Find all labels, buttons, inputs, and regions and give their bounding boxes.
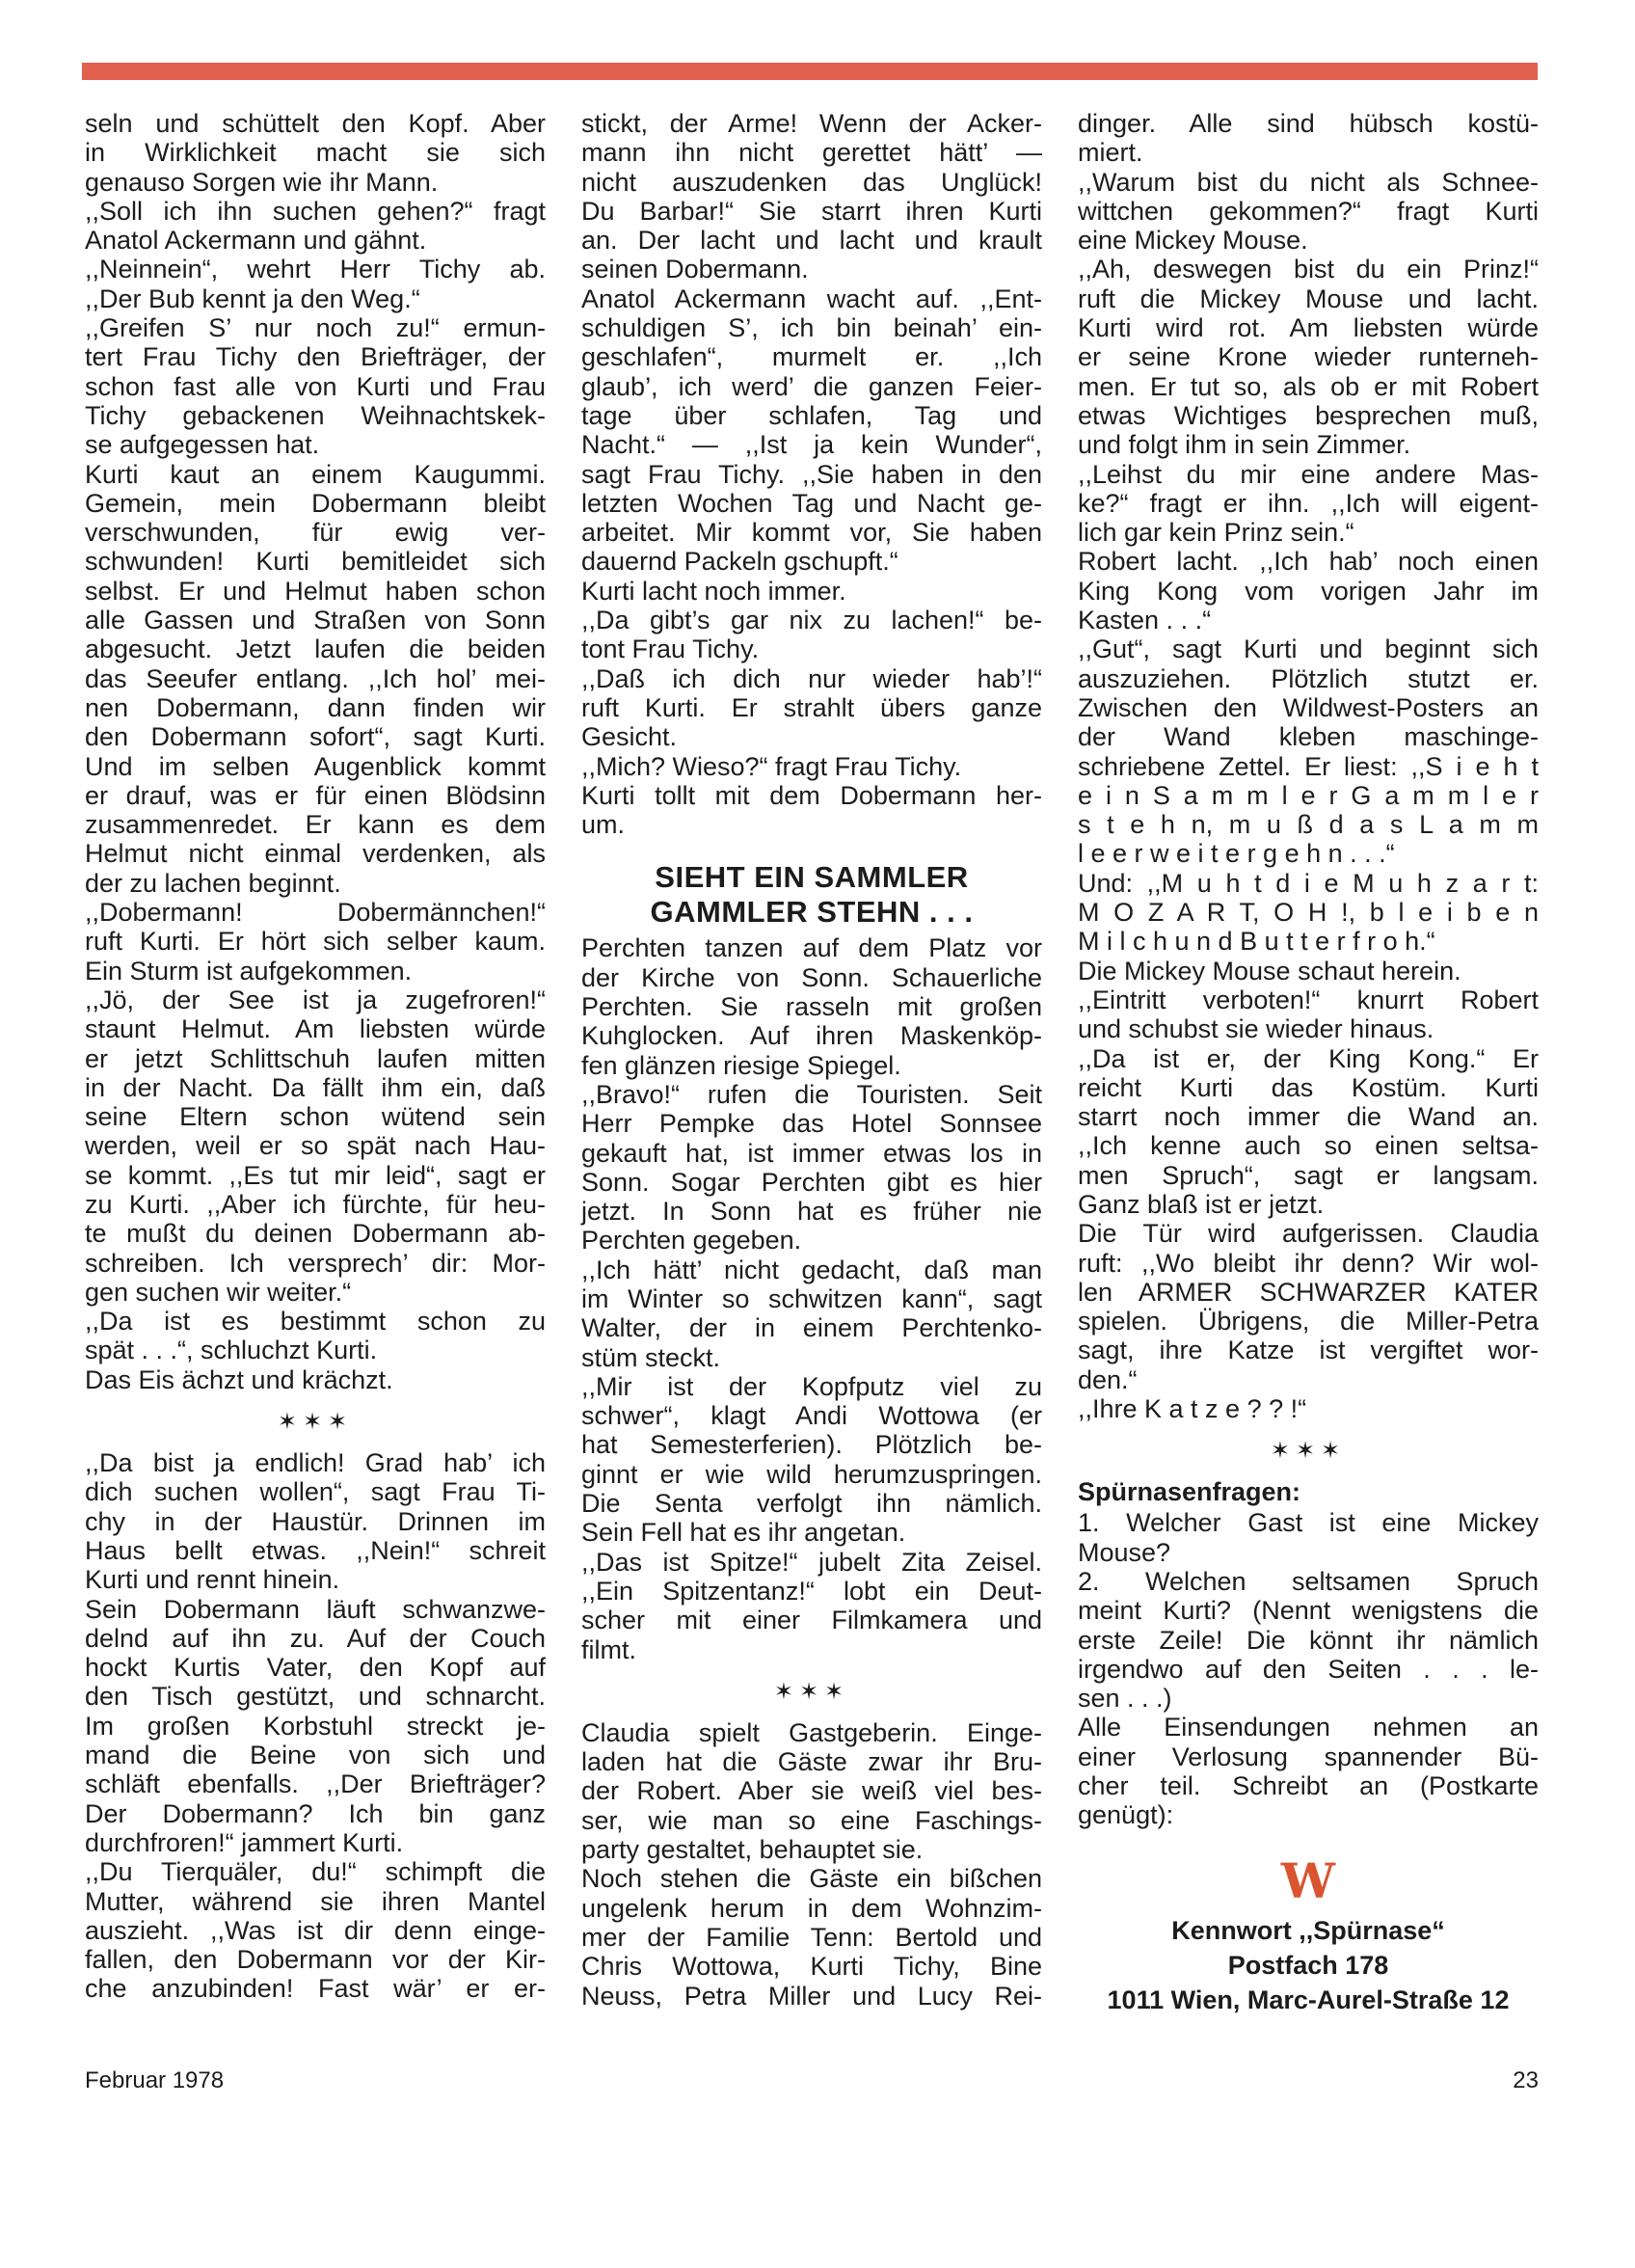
paragraph: Kurti tollt mit dem Dobermann her-um.	[581, 781, 1042, 840]
paragraph: Die Tür wird aufgerissen. Claudiaruft: ,…	[1078, 1219, 1539, 1394]
text-line: ,,Ich kenne auch so einen seltsa-	[1078, 1131, 1539, 1160]
text-line: ruft: ,,Wo bleibt ihr denn? Wir wol-	[1078, 1249, 1539, 1278]
text-line: 1. Welcher Gast ist eine Mickey	[1078, 1508, 1539, 1537]
paragraph: ,,Gut“, sagt Kurti und beginnt sichauszu…	[1078, 634, 1539, 868]
paragraph: Perchten tanzen auf dem Platz vorder Kir…	[581, 933, 1042, 1079]
text-line: ser, wie man so eine Faschings-	[581, 1806, 1042, 1835]
paragraph: ,,Leihst du mir eine andere Mas-ke?“ fra…	[1078, 460, 1539, 548]
text-line: Noch stehen die Gäste ein bißchen	[581, 1864, 1042, 1893]
text-line: irgendwo auf den Seiten . . . le-	[1078, 1655, 1539, 1684]
text-line: spät . . .“, schluchzt Kurti.	[85, 1336, 546, 1364]
text-line: men. Er tut so, als ob er mit Robert	[1078, 372, 1539, 401]
text-line: Anatol Ackermann wacht auf. ,,Ent-	[581, 284, 1042, 313]
text-line: cher teil. Schreibt an (Postkarte	[1078, 1771, 1539, 1800]
text-line: ,,Ihre K a t z e ? ? !“	[1078, 1394, 1539, 1423]
text-line: te mußt du deinen Dobermann ab-	[85, 1219, 546, 1248]
paragraph: stickt, der Arme! Wenn der Acker-mann ih…	[581, 109, 1042, 284]
text-line: eine Mickey Mouse.	[1078, 226, 1539, 255]
publisher-logo-icon: W	[1078, 1855, 1539, 1907]
text-line: se kommt. ,,Es tut mir leid“, sagt er	[85, 1161, 546, 1190]
text-line: len ARMER SCHWARZER KATER	[1078, 1278, 1539, 1307]
section-divider-stars: ✶✶✶	[85, 1408, 546, 1437]
text-line: filmt.	[581, 1635, 1042, 1664]
text-line: auszieht. ,,Was ist dir denn einge-	[85, 1916, 546, 1945]
text-line: ,,Der Bub kennt ja den Weg.“	[85, 284, 546, 313]
text-line: schläft ebenfalls. ,,Der Briefträger?	[85, 1769, 546, 1798]
text-line: ginnt er wie wild herumzuspringen.	[581, 1460, 1042, 1489]
paragraph: 2. Welchen seltsamen Spruchmeint Kurti? …	[1078, 1567, 1539, 1713]
text-line: ,,Jö, der See ist ja zugefroren!“	[85, 985, 546, 1014]
text-line: Der Dobermann? Ich bin ganz	[85, 1799, 546, 1828]
text-line: stickt, der Arme! Wenn der Acker-	[581, 109, 1042, 138]
paragraph: Die Mickey Mouse schaut herein.	[1078, 957, 1539, 985]
text-line: ,,Du Tierquäler, du!“ schimpft die	[85, 1857, 546, 1886]
paragraph: ,,Warum bist du nicht als Schnee-wittche…	[1078, 168, 1539, 256]
text-line: mann ihn nicht gerettet hätt’ —	[581, 138, 1042, 167]
text-line: Perchten. Sie rasseln mit großen	[581, 992, 1042, 1021]
text-line: jetzt. In Sonn hat es früher nie	[581, 1197, 1042, 1226]
paragraph: ,,Ah, deswegen bist du ein Prinz!“ruft d…	[1078, 255, 1539, 459]
text-line: ,,Mich? Wieso?“ fragt Frau Tichy.	[581, 752, 1042, 781]
text-line: Walter, der in einem Perchtenko-	[581, 1313, 1042, 1342]
text-line: selbst. Er und Helmut haben schon	[85, 577, 546, 606]
paragraph: ,,Neinnein“, wehrt Herr Tichy ab.,,Der B…	[85, 255, 546, 313]
column-3: dinger. Alle sind hübsch kostü-miert.,,W…	[1078, 109, 1539, 2017]
text-line: ,,Da ist er, der King Kong.“ Er	[1078, 1044, 1539, 1073]
paragraph: ,,Das ist Spitze!“ jubelt Zita Zeisel.,,…	[581, 1548, 1042, 1664]
text-line: Die Senta verfolgt ihn nämlich.	[581, 1489, 1042, 1518]
text-line: den Tisch gestützt, und schnarcht.	[85, 1682, 546, 1711]
text-line: Das Eis ächzt und krächzt.	[85, 1365, 546, 1394]
text-line: Und im selben Augenblick kommt	[85, 752, 546, 781]
text-line: auszuziehen. Plötzlich stutzt er.	[1078, 664, 1539, 693]
text-line: etwas Wichtiges besprechen muß,	[1078, 401, 1539, 430]
text-line: ,,Bravo!“ rufen die Touristen. Seit	[581, 1080, 1042, 1109]
text-line: ,,Eintritt verboten!“ knurrt Robert	[1078, 985, 1539, 1014]
text-line: lich gar kein Prinz sein.“	[1078, 518, 1539, 547]
text-line: der Kirche von Sonn. Schauerliche	[581, 963, 1042, 992]
text-line: der zu lachen beginnt.	[85, 869, 546, 898]
text-line: schreiben. Ich versprech’ dir: Mor-	[85, 1249, 546, 1278]
text-line: sagt Frau Tichy. ,,Sie haben in den	[581, 460, 1042, 489]
text-line: scher mit einer Filmkamera und	[581, 1606, 1042, 1634]
text-line: tert Frau Tichy den Briefträger, der	[85, 342, 546, 371]
text-line: in der Nacht. Da fällt ihm ein, daß	[85, 1073, 546, 1102]
text-line: ,,Da bist ja endlich! Grad hab’ ich	[85, 1448, 546, 1477]
text-line: party gestaltet, behauptet sie.	[581, 1835, 1042, 1864]
paragraph: ,,Du Tierquäler, du!“ schimpft dieMutter…	[85, 1857, 546, 2003]
text-line: fen glänzen riesige Spiegel.	[581, 1051, 1042, 1080]
text-line: er drauf, was er für einen Blödsinn	[85, 781, 546, 810]
paragraph: Robert lacht. ,,Ich hab’ noch einenKing …	[1078, 547, 1539, 634]
text-line: Die Mickey Mouse schaut herein.	[1078, 957, 1539, 985]
text-line: delnd auf ihn zu. Auf der Couch	[85, 1624, 546, 1653]
paragraph: Kurti lacht noch immer.	[581, 577, 1042, 606]
text-line: und schubst sie wieder hinaus.	[1078, 1014, 1539, 1043]
text-line: tont Frau Tichy.	[581, 634, 1042, 663]
text-line: Kurti kaut an einem Kaugummi.	[85, 460, 546, 489]
text-line: ,,Leihst du mir eine andere Mas-	[1078, 460, 1539, 489]
text-line: l e e r w e i t e r g e h n . . .“	[1078, 839, 1539, 868]
heading-line: GAMMLER STEHN . . .	[581, 895, 1042, 930]
text-line: staunt Helmut. Am liebsten würde	[85, 1014, 546, 1043]
text-line: Mutter, während sie ihren Mantel	[85, 1887, 546, 1916]
text-line: das Seeufer entlang. ,,Ich hol’ mei-	[85, 664, 546, 693]
text-line: reicht Kurti das Kostüm. Kurti	[1078, 1073, 1539, 1102]
heading-line: SIEHT EIN SAMMLER	[581, 860, 1042, 895]
text-line: ruft Kurti. Er strahlt übers ganze	[581, 693, 1042, 722]
text-line: mer der Familie Tenn: Bertold und	[581, 1923, 1042, 1952]
text-line: meint Kurti? (Nennt wenigstens die	[1078, 1596, 1539, 1625]
text-line: arbeitet. Mir kommt vor, Sie haben	[581, 518, 1042, 547]
text-line: ,,Dobermann! Dobermännchen!“	[85, 898, 546, 927]
text-line: ,,Da ist es bestimmt schon zu	[85, 1307, 546, 1336]
text-line: und folgt ihm in sein Zimmer.	[1078, 430, 1539, 459]
text-line: starrt noch immer die Wand an.	[1078, 1102, 1539, 1131]
paragraph: ,,Ich hätt’ nicht gedacht, daß manim Win…	[581, 1255, 1042, 1372]
text-line: wittchen gekommen?“ fragt Kurti	[1078, 197, 1539, 226]
text-line: Perchten gegeben.	[581, 1226, 1042, 1255]
text-line: abgesucht. Jetzt laufen die beiden	[85, 634, 546, 663]
section-divider-stars: ✶✶✶	[581, 1678, 1042, 1707]
paragraph: Claudia spielt Gastgeberin. Einge-laden …	[581, 1718, 1042, 1864]
text-line: durchfroren!“ jammert Kurti.	[85, 1828, 546, 1857]
text-line: schwer“, klagt Andi Wottowa (er	[581, 1401, 1042, 1430]
text-line: Du Barbar!“ Sie starrt ihren Kurti	[581, 197, 1042, 226]
paragraph: Sein Dobermann läuft schwanzwe-delnd auf…	[85, 1595, 546, 1858]
top-accent-bar	[82, 63, 1538, 80]
text-line: gen suchen wir weiter.“	[85, 1278, 546, 1307]
text-line: hockt Kurtis Vater, den Kopf auf	[85, 1653, 546, 1682]
text-line: Sein Fell hat es ihr angetan.	[581, 1518, 1042, 1547]
text-line: er jetzt Schlittschuh laufen mitten	[85, 1044, 546, 1073]
text-line: s t e h n, m u ß d a s L a m m	[1078, 810, 1539, 839]
text-line: genügt):	[1078, 1800, 1539, 1829]
paragraph: ,,Eintritt verboten!“ knurrt Robertund s…	[1078, 985, 1539, 1044]
text-line: schriebene Zettel. Er liest: ,,S i e h t	[1078, 752, 1539, 781]
text-line: letzten Wochen Tag und Nacht ge-	[581, 489, 1042, 518]
text-line: laden hat die Gäste zwar ihr Bru-	[581, 1747, 1042, 1776]
text-line: che anzubinden! Fast wär’ er er-	[85, 1974, 546, 2003]
text-line: Sonn. Sogar Perchten gibt es hier	[581, 1168, 1042, 1197]
address-line: Kennwort ,,Spürnase“	[1078, 1913, 1539, 1948]
text-line: King Kong vom vorigen Jahr im	[1078, 577, 1539, 606]
paragraph: ,,Bravo!“ rufen die Touristen. SeitHerr …	[581, 1080, 1042, 1255]
text-line: ,,Ein Spitzentanz!“ lobt ein Deut-	[581, 1577, 1042, 1606]
text-line: fallen, den Dobermann vor der Kir-	[85, 1945, 546, 1974]
text-line: Ein Sturm ist aufgekommen.	[85, 957, 546, 985]
text-line: Claudia spielt Gastgeberin. Einge-	[581, 1718, 1042, 1747]
paragraph: 1. Welcher Gast ist eine MickeyMouse?	[1078, 1508, 1539, 1567]
paragraph: ,,Greifen S’ nur noch zu!“ ermun-tert Fr…	[85, 313, 546, 459]
text-line: M i l c h u n d B u t t e r f r o h.“	[1078, 927, 1539, 956]
text-line: genauso Sorgen wie ihr Mann.	[85, 168, 546, 197]
text-line: ,,Gut“, sagt Kurti und beginnt sich	[1078, 634, 1539, 663]
text-line: stüm steckt.	[581, 1343, 1042, 1372]
text-line: Perchten tanzen auf dem Platz vor	[581, 933, 1042, 962]
paragraph: ,,Dobermann! Dobermännchen!“ruft Kurti. …	[85, 898, 546, 985]
text-line: einer Verlosung spannender Bü-	[1078, 1742, 1539, 1771]
text-line: ,,Das ist Spitze!“ jubelt Zita Zeisel.	[581, 1548, 1042, 1577]
paragraph: ,,Ihre K a t z e ? ? !“	[1078, 1394, 1539, 1423]
text-line: seine Eltern schon wütend sein	[85, 1102, 546, 1131]
text-line: der Robert. Aber sie weiß viel bes-	[581, 1776, 1042, 1805]
text-line: Die Tür wird aufgerissen. Claudia	[1078, 1219, 1539, 1248]
text-line: zusammenredet. Er kann es dem	[85, 810, 546, 839]
paragraph: seln und schüttelt den Kopf. Aberin Wirk…	[85, 109, 546, 197]
paragraph: Und: ,,M u h t d i e M u h z a r t:M O Z…	[1078, 869, 1539, 957]
text-line: um.	[581, 810, 1042, 839]
address-line: Postfach 178	[1078, 1948, 1539, 1983]
quiz-heading: Spürnasenfragen:	[1078, 1477, 1539, 1508]
text-line: men Spruch“, sagt er langsam.	[1078, 1161, 1539, 1190]
text-line: er seine Krone wieder runterneh-	[1078, 342, 1539, 371]
paragraph: Kurti kaut an einem Kaugummi.Gemein, mei…	[85, 460, 546, 898]
paragraph: Alle Einsendungen nehmen aneiner Verlosu…	[1078, 1713, 1539, 1829]
mailing-address: Kennwort ,,Spürnase“Postfach 1781011 Wie…	[1078, 1913, 1539, 2017]
text-line: Ganz blaß ist er jetzt.	[1078, 1190, 1539, 1219]
paragraph: ,,Da bist ja endlich! Grad hab’ ichdich …	[85, 1448, 546, 1594]
text-line: mand die Beine von sich und	[85, 1741, 546, 1769]
text-line: dich suchen wollen“, sagt Frau Ti-	[85, 1477, 546, 1506]
text-line: ke?“ fragt er ihn. ,,Ich will eigent-	[1078, 489, 1539, 518]
text-line: se aufgegessen hat.	[85, 430, 546, 459]
text-line: Tichy gebackenen Weihnachtskek-	[85, 401, 546, 430]
text-line: den.“	[1078, 1365, 1539, 1394]
text-line: ,,Warum bist du nicht als Schnee-	[1078, 168, 1539, 197]
text-line: Alle Einsendungen nehmen an	[1078, 1713, 1539, 1741]
paragraph: Das Eis ächzt und krächzt.	[85, 1365, 546, 1394]
text-line: Robert lacht. ,,Ich hab’ noch einen	[1078, 547, 1539, 576]
text-line: ,,Mir ist der Kopfputz viel zu	[581, 1372, 1042, 1401]
paragraph: ,,Mir ist der Kopfputz viel zuschwer“, k…	[581, 1372, 1042, 1548]
text-line: M O Z A R T, O H !, b l e i b e n	[1078, 898, 1539, 927]
text-line: e i n S a m m l e r G a m m l e r	[1078, 781, 1539, 810]
text-line: Kurti und rennt hinein.	[85, 1565, 546, 1594]
text-line: Kasten . . .“	[1078, 606, 1539, 634]
paragraph: ,,Da ist er, der King Kong.“ Erreicht Ku…	[1078, 1044, 1539, 1220]
text-line: ruft die Mickey Mouse und lacht.	[1078, 284, 1539, 313]
text-line: nicht auszudenken das Unglück!	[581, 168, 1042, 197]
text-line: Chris Wottowa, Kurti Tichy, Bine	[581, 1952, 1042, 1981]
text-line: ,,Ah, deswegen bist du ein Prinz!“	[1078, 255, 1539, 283]
text-line: zu Kurti. ,,Aber ich fürchte, für heu-	[85, 1190, 546, 1219]
paragraph: ,,Mich? Wieso?“ fragt Frau Tichy.	[581, 752, 1042, 781]
text-line: Gesicht.	[581, 722, 1042, 751]
paragraph: ,,Da gibt’s gar nix zu lachen!“ be-tont …	[581, 606, 1042, 664]
text-line: gekauft hat, ist immer etwas los in	[581, 1139, 1042, 1168]
text-line: Neuss, Petra Miller und Lucy Rei-	[581, 1982, 1042, 2011]
text-line: tage über schlafen, Tag und	[581, 401, 1042, 430]
column-2: stickt, der Arme! Wenn der Acker-mann ih…	[581, 109, 1042, 2011]
text-line: Sein Dobermann läuft schwanzwe-	[85, 1595, 546, 1624]
text-line: alle Gassen und Straßen von Sonn	[85, 606, 546, 634]
text-line: der Wand kleben maschinge-	[1078, 722, 1539, 751]
text-line: spielen. Übrigens, die Miller-Petra	[1078, 1307, 1539, 1336]
text-line: ,,Soll ich ihn suchen gehen?“ fragt	[85, 197, 546, 226]
text-line: dauernd Packeln gschupft.“	[581, 547, 1042, 576]
section-divider-stars: ✶✶✶	[1078, 1437, 1539, 1466]
paragraph: ,,Soll ich ihn suchen gehen?“ fragtAnato…	[85, 197, 546, 256]
text-line: im Winter so schwitzen kann“, sagt	[581, 1284, 1042, 1313]
text-line: schon fast alle von Kurti und Frau	[85, 372, 546, 401]
text-line: in Wirklichkeit macht sie sich	[85, 138, 546, 167]
text-line: Kurti tollt mit dem Dobermann her-	[581, 781, 1042, 810]
text-line: 2. Welchen seltsamen Spruch	[1078, 1567, 1539, 1596]
text-line: Haus bellt etwas. ,,Nein!“ schreit	[85, 1536, 546, 1565]
address-line: 1011 Wien, Marc-Aurel-Straße 12	[1078, 1983, 1539, 2017]
text-line: ungelenk herum in dem Wohnzim-	[581, 1894, 1042, 1923]
paragraph: dinger. Alle sind hübsch kostü-miert.	[1078, 109, 1539, 168]
text-line: Herr Pempke das Hotel Sonnsee	[581, 1109, 1042, 1138]
text-line: Helmut nicht einmal verdenken, als	[85, 839, 546, 868]
text-line: seinen Dobermann.	[581, 255, 1042, 283]
paragraph: Anatol Ackermann wacht auf. ,,Ent-schuld…	[581, 284, 1042, 577]
text-line: dinger. Alle sind hübsch kostü-	[1078, 109, 1539, 138]
paragraph: ,,Jö, der See ist ja zugefroren!“staunt …	[85, 985, 546, 1307]
section-heading: SIEHT EIN SAMMLERGAMMLER STEHN . . .	[581, 860, 1042, 930]
text-line: schuldigen S’, ich bin beinah’ ein-	[581, 313, 1042, 342]
text-line: sen . . .)	[1078, 1684, 1539, 1713]
text-line: werden, weil er so spät nach Hau-	[85, 1131, 546, 1160]
paragraph: Noch stehen die Gäste ein bißchenungelen…	[581, 1864, 1042, 2010]
page-number: 23	[1513, 2067, 1539, 2094]
text-line: ,,Neinnein“, wehrt Herr Tichy ab.	[85, 255, 546, 283]
text-line: Anatol Ackermann und gähnt.	[85, 226, 546, 255]
text-line: nen Dobermann, dann finden wir	[85, 693, 546, 722]
paragraph: ,,Da ist es bestimmt schon zuspät . . .“…	[85, 1307, 546, 1365]
text-line: glaub’, ich werd’ die ganzen Feier-	[581, 372, 1042, 401]
text-line: an. Der lacht und lacht und krault	[581, 226, 1042, 255]
text-line: ,,Ich hätt’ nicht gedacht, daß man	[581, 1255, 1042, 1284]
paragraph: ,,Daß ich dich nur wieder hab’!“ruft Kur…	[581, 664, 1042, 752]
column-1: seln und schüttelt den Kopf. Aberin Wirk…	[85, 109, 546, 2004]
text-line: ,,Da gibt’s gar nix zu lachen!“ be-	[581, 606, 1042, 634]
text-line: verschwunden, für ewig ver-	[85, 518, 546, 547]
text-line: Nacht.“ — ,,Ist ja kein Wunder“,	[581, 430, 1042, 459]
text-line: Zwischen den Wildwest-Posters an	[1078, 693, 1539, 722]
text-line: den Dobermann sofort“, sagt Kurti.	[85, 722, 546, 751]
text-line: geschlafen“, murmelt er. ,,Ich	[581, 342, 1042, 371]
text-line: chy in der Haustür. Drinnen im	[85, 1507, 546, 1536]
text-line: seln und schüttelt den Kopf. Aber	[85, 109, 546, 138]
text-line: Kurti lacht noch immer.	[581, 577, 1042, 606]
text-line: schwunden! Kurti bemitleidet sich	[85, 547, 546, 576]
text-line: erste Zeile! Die könnt ihr nämlich	[1078, 1626, 1539, 1655]
text-line: Gemein, mein Dobermann bleibt	[85, 489, 546, 518]
text-line: Im großen Korbstuhl streckt je-	[85, 1712, 546, 1741]
issue-date: Februar 1978	[85, 2067, 224, 2094]
text-line: Kuhglocken. Auf ihren Maskenköp-	[581, 1021, 1042, 1050]
text-line: sagt, ihre Katze ist vergiftet wor-	[1078, 1336, 1539, 1364]
text-line: ,,Daß ich dich nur wieder hab’!“	[581, 664, 1042, 693]
text-line: Und: ,,M u h t d i e M u h z a r t:	[1078, 869, 1539, 898]
text-line: miert.	[1078, 138, 1539, 167]
text-line: Kurti wird rot. Am liebsten würde	[1078, 313, 1539, 342]
text-line: ,,Greifen S’ nur noch zu!“ ermun-	[85, 313, 546, 342]
text-line: Mouse?	[1078, 1538, 1539, 1567]
text-line: ruft Kurti. Er hört sich selber kaum.	[85, 927, 546, 956]
text-line: hat Semesterferien). Plötzlich be-	[581, 1430, 1042, 1459]
